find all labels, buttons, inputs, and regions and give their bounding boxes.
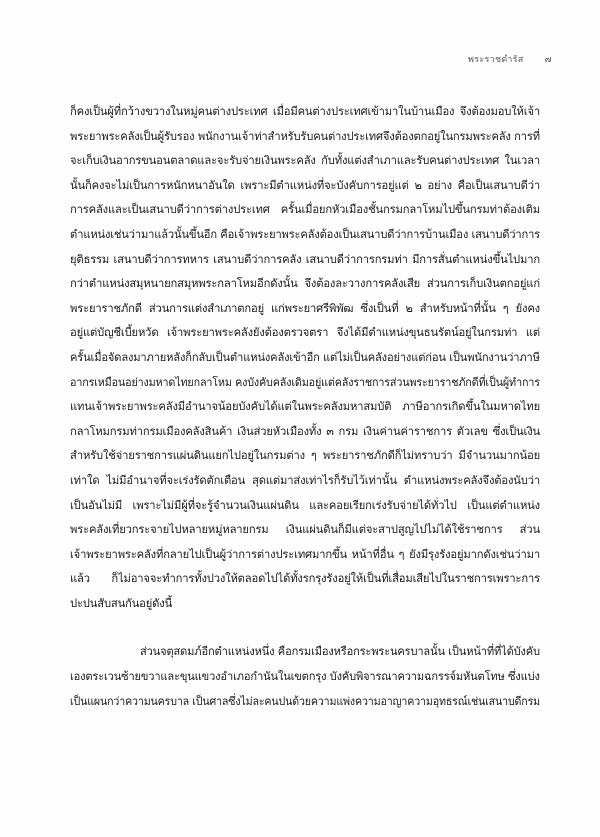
text-line: ก็คงเป็นผู้ที่กว้างขวางในหมู่คนต่างประเท… [70, 100, 540, 125]
paragraph-2: ส่วนจตุสดมภ์อีกตำแหน่งหนึ่ง คือกรมเมืองห… [70, 640, 540, 714]
text-line: เป็นอันไม่มี เพราะไม่มีผู้ที่จะรู้จำนวนเ… [70, 494, 540, 519]
text-line: แทนเจ้าพระยาพระคลังมีอำนาจน้อยบังคับได้แ… [70, 395, 540, 420]
text-line: เป็นแผนกว่าความนครบาล เป็นศาลซึ่งไม่ละคน… [70, 690, 540, 715]
text-line: อยู่แต่บัญชีเบี้ยหวัด เจ้าพระยาพระคลังยั… [70, 321, 540, 346]
paragraph-gap [70, 616, 540, 640]
body-text: ก็คงเป็นผู้ที่กว้างขวางในหมู่คนต่างประเท… [70, 100, 540, 714]
text-line: แล้ว ก็ไม่อาจจะทำการทั้งปวงให้ตลอดไปได้ท… [70, 567, 540, 592]
text-line: การคลังและเป็นเสนาบดีว่าการต่างประเทศ คร… [70, 198, 540, 223]
document-page: พระราชดำรัส ๗ ก็คงเป็นผู้ที่กว้างขวางในห… [0, 0, 600, 837]
text-line: เจ้าพระยาพระคลังที่กลายไปเป็นผู้ว่าการต่… [70, 543, 540, 568]
text-line: เท่าใด ไม่มีอำนาจที่จะเร่งรัดตักเตือน สุ… [70, 469, 540, 494]
text-line: จะเก็บเงินอากรขนอนตลาดและจะรับจ่ายเงินพร… [70, 149, 540, 174]
text-line: ปะปนสับสนกันอยู่ดังนี้ [70, 592, 540, 617]
text-line: เองตระเวนซ้ายขวาและขุนแขวงอำเภอกำนันในเข… [70, 665, 540, 690]
text-line: นั้นก็คงจะไม่เป็นการหนักหนาอันใด เพราะมี… [70, 174, 540, 199]
text-line: สำหรับใช้จ่ายราชการแผ่นดินแยกไปอยู่ในกรม… [70, 444, 540, 469]
text-line: พระยาราชภักดี ส่วนการแต่งสำเภาตกอยู่ แก่… [70, 297, 540, 322]
text-line: ส่วนจตุสดมภ์อีกตำแหน่งหนึ่ง คือกรมเมืองห… [70, 640, 540, 665]
text-line: ครั้นเมื่อจัดลงมาภายหลังก็กลับเป็นตำแหน่… [70, 346, 540, 371]
text-line: พระยาพระคลังเป็นผู้รับรอง พนักงานเจ้าท่า… [70, 125, 540, 150]
text-line: อากรเหมือนอย่างมหาดไทยกลาโหม คงบังคับคลั… [70, 371, 540, 396]
page-number: ๗ [545, 55, 552, 65]
text-line: กลาโหมกรมท่ากรมเมืองคลังสินค้า เงินส่วยห… [70, 420, 540, 445]
running-title: พระราชดำรัส [468, 55, 524, 65]
running-header: พระราชดำรัส ๗ [468, 52, 552, 66]
text-line: ตำแหน่งเช่นว่ามาแล้วนั้นขึ้นอีก คือเจ้าพ… [70, 223, 540, 248]
paragraph-1: ก็คงเป็นผู้ที่กว้างขวางในหมู่คนต่างประเท… [70, 100, 540, 616]
text-line: กว่าตำแหน่งสมุหนายกสมุหพระกลาโหมอีกดังนั… [70, 272, 540, 297]
text-line: ยุติธรรม เสนาบดีว่าการทหาร เสนาบดีว่าการ… [70, 248, 540, 273]
text-line: พระคลังเที่ยวกระจายไปหลายหมู่หลายกรม เงิ… [70, 518, 540, 543]
